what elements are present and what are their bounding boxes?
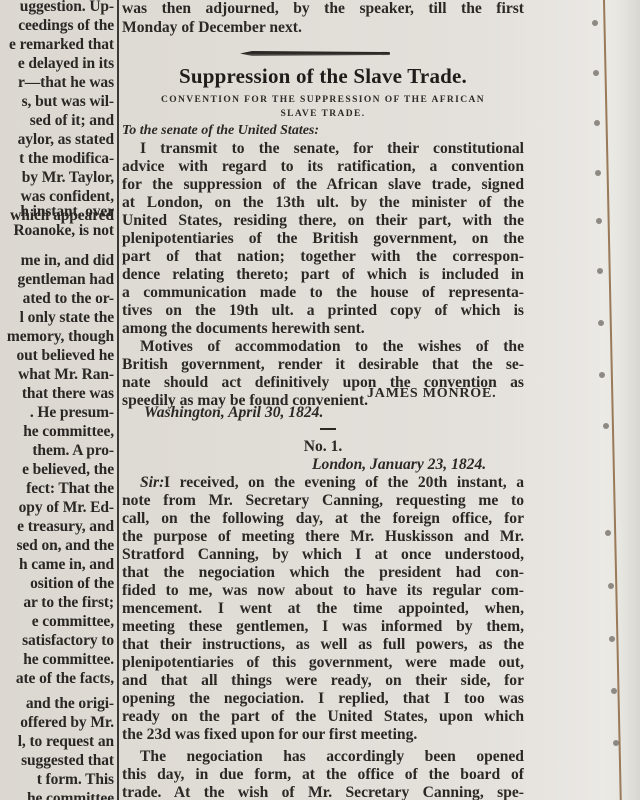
text-line: at London, on the 13th ult. by the minis… xyxy=(122,194,524,212)
text-line: and that all things were ready, on their… xyxy=(122,672,524,690)
short-rule xyxy=(320,428,336,430)
text-line: Roanoke, is not xyxy=(13,222,114,240)
text-line: trade. At the wish of Mr. Secretary Cann… xyxy=(122,784,524,800)
text-line: t the modifica- xyxy=(19,150,114,168)
text-line: and the origi- xyxy=(26,695,114,713)
text-line: that there was xyxy=(22,385,114,403)
text-line: memory, though xyxy=(7,328,114,346)
binding-hole xyxy=(599,372,605,378)
article-headline: Suppression of the Slave Trade. xyxy=(122,64,524,89)
text-line: British government, render it desirable … xyxy=(122,356,524,374)
article-subhead: Convention for the suppression of the Af… xyxy=(122,95,524,105)
text-line: meeting these gentlemen, I was informed … xyxy=(122,618,524,636)
text-line: ar to the first; xyxy=(23,594,114,612)
text-line: that the negociation which the president… xyxy=(122,564,524,582)
text-line: offered by Mr. xyxy=(20,714,114,732)
column-rule xyxy=(117,0,119,800)
text-line: ceedings of the xyxy=(18,17,114,35)
text-line: fect: That the xyxy=(26,480,114,498)
text-line: r—that he was xyxy=(18,74,114,92)
binding-hole xyxy=(593,70,599,76)
left-column: uggestion. Up- ceedings of the e remarke… xyxy=(0,0,114,800)
text-line: plenipotentiaries of this government, we… xyxy=(122,654,524,672)
text-line: he committee. xyxy=(23,651,114,669)
binding-hole xyxy=(595,170,601,176)
text-line: . He presum- xyxy=(30,404,114,422)
text-line: ate of the facts, xyxy=(16,670,114,688)
text-line: sed of it; and xyxy=(30,112,114,130)
letter-salutation: Sir: xyxy=(140,474,164,491)
binding-hole xyxy=(598,320,604,326)
text-line: gentleman had xyxy=(18,271,114,289)
binding-hole xyxy=(603,423,609,429)
text-line: Monday of December next. xyxy=(122,19,524,37)
text-line: The negociation has accordingly been ope… xyxy=(122,748,524,766)
text-line: was then adjourned, by the speaker, till… xyxy=(122,0,524,18)
text-line: call, on the following day, at the forei… xyxy=(122,510,524,528)
text-line: that their instructions, as well as full… xyxy=(122,636,524,654)
text-line: I received, on the evening of the 20th i… xyxy=(164,474,524,492)
text-line: for the suppression of the African slave… xyxy=(122,176,524,194)
text-line: sed on, and the xyxy=(16,537,114,555)
text-line: part of that nation; together with the c… xyxy=(122,248,524,266)
text-line: among the documents herewith sent. xyxy=(122,320,524,338)
text-line: Motives of accommodation to the wishes o… xyxy=(122,338,524,356)
binding-hole xyxy=(594,120,600,126)
text-line: t form. This xyxy=(37,771,114,789)
text-line: them. A pro- xyxy=(32,442,114,460)
text-line: tives on the 19th ult. a printed copy of… xyxy=(122,302,524,320)
binding-hole xyxy=(596,218,602,224)
article-subhead: slave trade. xyxy=(122,109,524,119)
binding-hole xyxy=(609,636,615,642)
text-line: l, to request an xyxy=(18,733,114,751)
text-line: e treasury, and xyxy=(17,518,114,536)
text-line: e believed, the xyxy=(22,461,114,479)
text-line: this day, in due form, at the office of … xyxy=(122,766,524,784)
text-line: a communication made to the house of rep… xyxy=(122,284,524,302)
binding-hole xyxy=(611,688,617,694)
text-line: advice with regard to its ratification, … xyxy=(122,158,524,176)
text-line: me in, and did xyxy=(21,252,114,270)
text-line: the purpose of meeting there Mr. Huskiss… xyxy=(122,528,524,546)
text-line: fided to me, was now about to have its r… xyxy=(122,582,524,600)
text-line: he committee xyxy=(27,790,114,800)
text-line: h came in, and xyxy=(19,556,114,574)
text-line: l only state the xyxy=(20,309,114,327)
binding-hole xyxy=(592,20,598,26)
letter-dateline: London, January 23, 1824. xyxy=(312,456,524,474)
text-line: opening the negociation. I replied, that… xyxy=(122,690,524,708)
text-line: Stratford Canning, by which I at once un… xyxy=(122,546,524,564)
binding-hole xyxy=(605,530,611,536)
text-line: United States, residing there, on their … xyxy=(122,212,524,230)
text-line: plenipotentiaries of the British governm… xyxy=(122,230,524,248)
letter-number: No. 1. xyxy=(122,438,524,456)
text-line: what Mr. Ran- xyxy=(18,366,114,384)
binding-hole xyxy=(597,268,603,274)
signature: JAMES MONROE. xyxy=(367,386,524,402)
salutation: To the senate of the United States: xyxy=(122,123,524,139)
text-line: dence relating thereto; part of which is… xyxy=(122,266,524,284)
text-line: satisfactory to xyxy=(22,632,114,650)
text-line: by Mr. Taylor, xyxy=(22,169,114,187)
text-line: ated to the or- xyxy=(23,290,114,308)
text-line: out believed he xyxy=(16,347,114,365)
text-line: e remarked that xyxy=(9,36,114,54)
text-line: the 23d was fixed upon for our first mee… xyxy=(122,726,524,744)
text-line: I transmit to the senate, for their cons… xyxy=(122,140,524,158)
text-line: ready on the part of the United States, … xyxy=(122,708,524,726)
text-line: osition of the xyxy=(30,575,114,593)
text-line: opy of Mr. Ed- xyxy=(19,499,114,517)
text-line: mencement. I went at the time appointed,… xyxy=(122,600,524,618)
text-line: suggested that xyxy=(21,752,114,770)
text-line: e committee, xyxy=(32,613,114,631)
center-column: was then adjourned, by the speaker, till… xyxy=(122,0,524,800)
text-line: h instant, over xyxy=(20,203,114,221)
text-line: s, but was wil- xyxy=(22,93,114,111)
binding-hole xyxy=(613,740,619,746)
dateline: Washington, April 30, 1824. xyxy=(144,404,524,422)
text-line: aylor, as stated xyxy=(18,131,114,149)
binding-hole xyxy=(608,583,614,589)
text-line: e delayed in its xyxy=(18,55,114,73)
text-line: he committee, xyxy=(23,423,114,441)
text-line: uggestion. Up- xyxy=(20,0,114,16)
text-line: note from Mr. Secretary Canning, request… xyxy=(122,492,524,510)
